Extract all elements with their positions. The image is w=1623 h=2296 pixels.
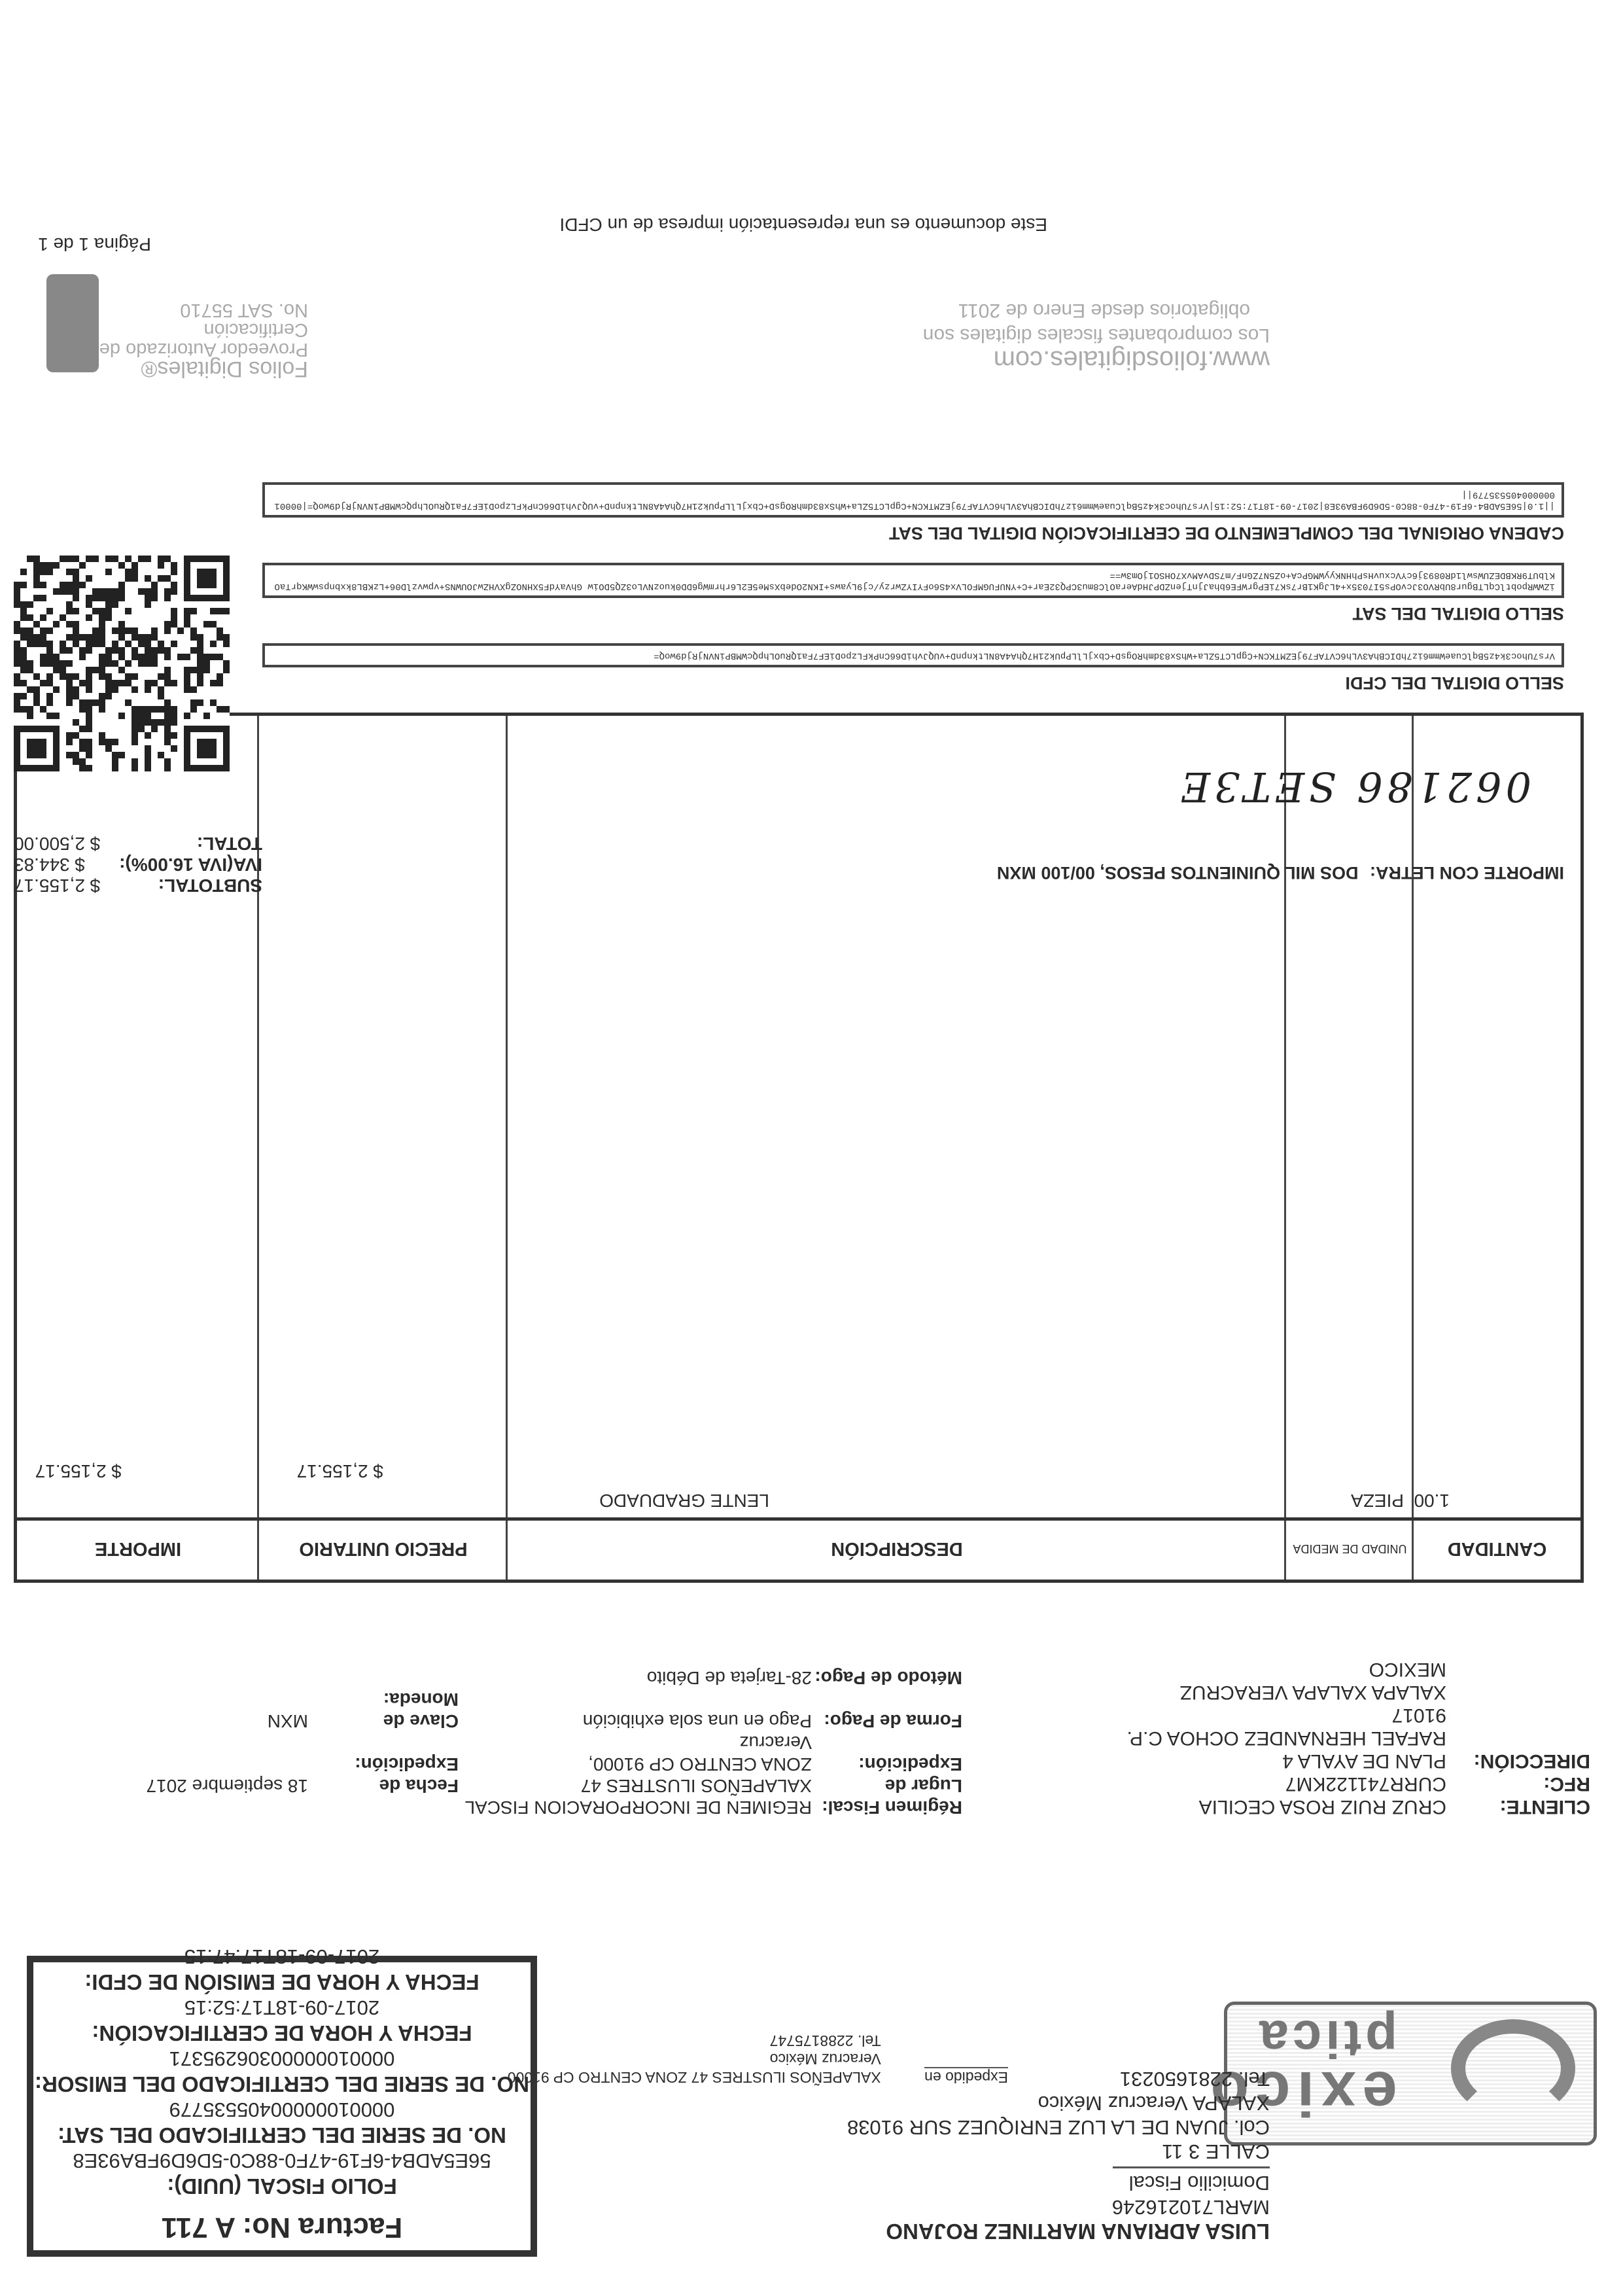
th-unidad: UNIDAD DE MEDIDA [1286,1517,1414,1580]
domicilio-label: Domicilio Fiscal [746,2171,1270,2195]
direccion-line: PLAN DE AYALA 4 [1002,1750,1446,1773]
issuer-address-line: XALAPA Veracruz México [746,2091,1270,2115]
cfdi-notice: Este documento es una representación imp… [559,214,1047,235]
iva-value: $ 344.83 [14,854,85,875]
sello-sat-value: iZWWRpobtlCqLTBgur8UbRVO3JcvOPs5I7035x+4… [262,563,1564,598]
th-importe: IMPORTE [17,1517,259,1580]
uuid-label: FOLIO FISCAL (UUID): [33,2173,531,2199]
total-label: TOTAL: [197,833,262,854]
expedido-line: XALAPEÑOS ILUSTRES 47 ZONA CENTRO CP 910… [508,2068,881,2087]
page-number: Página 1 de 1 [38,234,151,255]
handwritten-note: 062186 SET3E [1177,763,1531,811]
issuer-name: LUISA ADRIANA MARTINEZ ROJANO [746,2219,1270,2244]
issuer-block: LUISA ADRIANA MARTINEZ ROJANO MARL710216… [746,2067,1270,2244]
issuer-address-line: Col. JUAN DE LA LUZ ENRIQUEZ SUR 91038 [746,2115,1270,2140]
company-logo: ptica exico [1224,2002,1597,2146]
fiscal-block: Régimen Fiscal:REGIMEN DE INCORPORACION … [112,1667,962,1818]
provider-url[interactable]: www.foliosdigitales.com [923,347,1270,372]
regimen-value: REGIMEN DE INCORPORACION FISCAL [419,1797,812,1818]
lugar-label: Lugar de Expedición: [812,1732,962,1797]
direccion-line: XALAPA XALAPA VERACRUZ [1002,1681,1446,1704]
metodo-value: 28-Tarjeta de Débito [459,1667,812,1689]
moneda-value: MXN [112,1689,308,1732]
th-cantidad: CANTIDAD [1414,1517,1580,1580]
cert-date-label: FECHA Y HORA DE CERTIFICACIÓN: [33,2020,531,2046]
client-block: CLIENTE:CRUZ RUIZ ROSA CECILIA RFC:CURR7… [1002,1658,1590,1818]
emision-date-value: 2017-09-18T17:47:15 [33,1944,531,1969]
forma-label: Forma de Pago: [812,1689,962,1732]
cliente-value: CRUZ RUIZ ROSA CECILIA [1002,1795,1446,1818]
emisor-cert-label: NO. DE SERIE DEL CERTIFICADO DEL EMISOR: [33,2071,531,2097]
cell-precio: $ 2,155.17 [297,1460,383,1481]
direccion-label: DIRECCIÓN: [1446,1658,1590,1773]
expedido-line: Veracruz México [508,2050,881,2068]
direccion-line: 91017 [1002,1704,1446,1727]
cell-cantidad: 1.00 [1414,1490,1450,1511]
footer-legal: www.foliosdigitales.com Los comprobantes… [923,298,1270,372]
lugar-line: Veracruz [459,1732,812,1754]
th-precio: PRECIO UNITARIO [259,1517,508,1580]
seals-block: SELLO DIGITAL DEL CFDI Vrs7Uhoc3k4z5BqlC… [262,482,1564,693]
divider [1113,2166,1270,2168]
uuid-value: 56E5ADB4-6F19-47F0-88C0-5D6D9FBA93E8 [33,2148,531,2173]
moneda-label: Clave de Moneda: [308,1689,459,1732]
logo-ring-icon [1451,2019,1575,2117]
lugar-line: XALAPEÑOS ILUSTRES 47 [459,1775,812,1797]
th-descripcion: DESCRIPCIÓN [508,1517,1286,1580]
col-cantidad [1412,716,1580,1580]
fecha-value: 18 septiembre 2017 [112,1732,308,1797]
subtotal-value: $ 2,155.17 [14,875,100,896]
certification-badge-icon [46,274,99,372]
emision-date-label: FECHA Y HORA DE EMISIÓN DE CFDI: [33,1969,531,1995]
cadena-label: CADENA ORIGINAL DEL COMPLEMENTO DE CERTI… [262,523,1564,543]
cell-importe: $ 2,155.17 [35,1460,122,1481]
expedido-phone: Tel. 2288175747 [508,2032,881,2050]
sello-cfdi-value: Vrs7Uhoc3k4z5BqlCuaeWmm6iz7hDICBhA3VLh6C… [262,643,1564,667]
cliente-label: CLIENTE: [1446,1795,1590,1818]
totals-block: SUBTOTAL:$ 2,155.17 IVA(IVA 16.00%):$ 34… [14,833,262,896]
direccion-line: RAFAEL HERNANDEZ OCHOA C.P. [1002,1727,1446,1750]
cert-date-value: 2017-09-18T17:52:15 [33,1995,531,2020]
letra-label: IMPORTE CON LETRA: [1370,863,1564,883]
qr-code-icon [14,556,230,771]
sello-cfdi-label: SELLO DIGITAL DEL CFDI [262,673,1564,693]
cell-unidad: PIEZA [1351,1490,1404,1511]
regimen-label: Régimen Fiscal: [812,1797,962,1818]
col-descripcion [506,716,1286,1580]
legal-line: obligatorios desde Enero de 2011 [923,298,1270,323]
rfc-value: CURR741122KM7 [1002,1773,1446,1795]
invoice-number: Factura No: A 711 [33,2211,531,2244]
letra-value: DOS MIL QUINIENTOS PESOS, 00/100 MXN [997,863,1359,883]
fecha-label: Fecha de Expedición: [308,1732,459,1797]
issuer-address-line: CALLE 3 11 [746,2140,1270,2164]
col-unidad [1284,716,1414,1580]
invoice-page: ptica exico LUISA ADRIANA MARTINEZ ROJAN… [0,0,1623,2296]
sat-cert-label: NO. DE SERIE DEL CERTIFICADO DEL SAT: [33,2122,531,2148]
expedido-label: Expedido en [924,2067,1008,2087]
direccion-line: MEXICO [1002,1658,1446,1681]
total-value: $ 2,500.00 [14,833,100,854]
forma-value: Pago en una sola exhibición [459,1689,812,1732]
metodo-label: Método de Pago: [812,1667,962,1689]
sello-sat-label: SELLO DIGITAL DEL SAT [262,603,1564,624]
emisor-cert-value: 00001000000306295371 [33,2046,531,2071]
importe-letra: IMPORTE CON LETRA: DOS MIL QUINIENTOS PE… [997,862,1564,883]
cell-descripcion: LENTE GRADUADO [599,1490,769,1511]
sat-cert-value: 00001000000405535779 [33,2097,531,2122]
issuer-rfc: MARL710216246 [746,2195,1270,2219]
rfc-label: RFC: [1446,1773,1590,1795]
subtotal-label: SUBTOTAL: [158,875,262,896]
legal-line: Los comprobantes fiscales digitales son [923,323,1270,347]
cadena-value: ||1.0|56E5ADB4-6F19-47F0-88C0-5D6D9FBA93… [262,482,1564,518]
col-precio [257,716,508,1580]
folio-box: Factura No: A 711 FOLIO FISCAL (UUID): 5… [27,1956,537,2257]
iva-label: IVA(IVA 16.00%): [119,854,262,875]
lugar-line: ZONA CENTRO CP 91000, [459,1754,812,1775]
